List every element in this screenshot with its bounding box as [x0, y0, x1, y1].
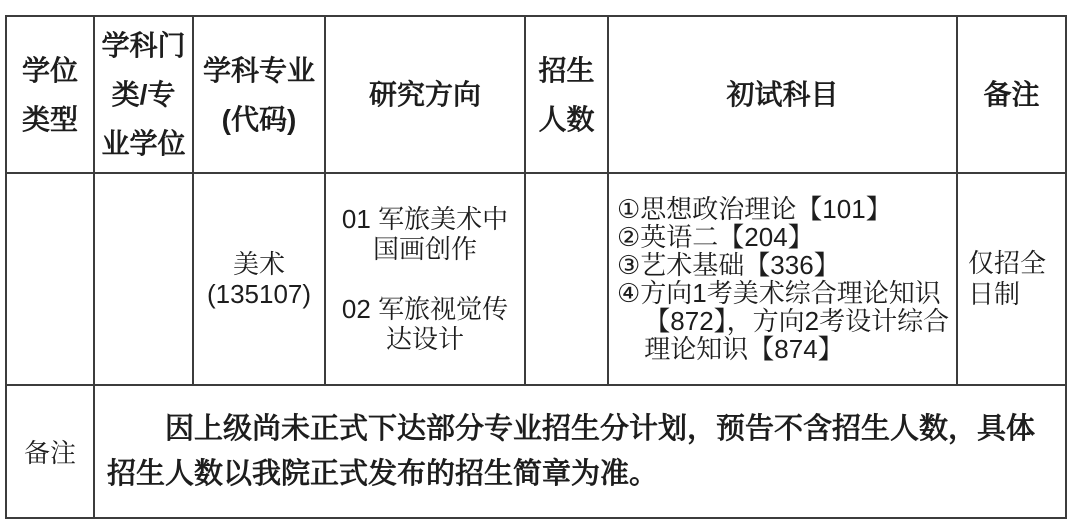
exam-subject-1: ①思想政治理论【101】: [617, 195, 950, 223]
note-row: 备注 因上级尚未正式下达部分专业招生分计划，预告不含招生人数，具体招生人数以我院…: [6, 385, 1066, 518]
note-paragraph: 因上级尚未正式下达部分专业招生分计划，预告不含招生人数，具体招生人数以我院正式发…: [107, 407, 1053, 497]
cell-remark: 仅招全 日制: [957, 173, 1066, 385]
header-remarks: 备注: [957, 16, 1066, 173]
header-major-code: 学科专业 (代码): [193, 16, 325, 173]
admissions-table: 学位 类型 学科门 类/专 业学位 学科专业 (代码) 研究方向 招生 人数 初…: [5, 15, 1067, 519]
exam-subject-2: ②英语二【204】: [617, 223, 950, 251]
research-direction-1: 01 军旅美术中 国画创作: [330, 204, 520, 264]
exam-subject-4: ④方向1考美术综合理论知识 【872】，方向2考设计综合 理论知识【874】: [617, 279, 950, 363]
exam-subject-3: ③艺术基础【336】: [617, 251, 950, 279]
cell-exam-subjects: ①思想政治理论【101】 ②英语二【204】 ③艺术基础【336】 ④方向1考美…: [608, 173, 957, 385]
cell-degree-type: [6, 173, 94, 385]
note-text-cell: 因上级尚未正式下达部分专业招生分计划，预告不含招生人数，具体招生人数以我院正式发…: [94, 385, 1066, 518]
header-research-direction: 研究方向: [325, 16, 525, 173]
header-discipline-category: 学科门 类/专 业学位: [94, 16, 193, 173]
cell-discipline-category: [94, 173, 193, 385]
cell-research-directions: 01 军旅美术中 国画创作 02 军旅视觉传 达设计: [325, 173, 525, 385]
header-degree-type: 学位 类型: [6, 16, 94, 173]
header-row: 学位 类型 学科门 类/专 业学位 学科专业 (代码) 研究方向 招生 人数 初…: [6, 16, 1066, 173]
cell-enrollment: [525, 173, 608, 385]
header-enrollment: 招生 人数: [525, 16, 608, 173]
research-direction-2: 02 军旅视觉传 达设计: [330, 294, 520, 354]
header-exam-subjects: 初试科目: [608, 16, 957, 173]
page: { "table": { "headers": [ "学位\n类型", "学科门…: [0, 0, 1080, 489]
note-label-cell: 备注: [6, 385, 94, 518]
cell-major-code: 美术 (135107): [193, 173, 325, 385]
program-row: 美术 (135107) 01 军旅美术中 国画创作 02 军旅视觉传 达设计 ①…: [6, 173, 1066, 385]
